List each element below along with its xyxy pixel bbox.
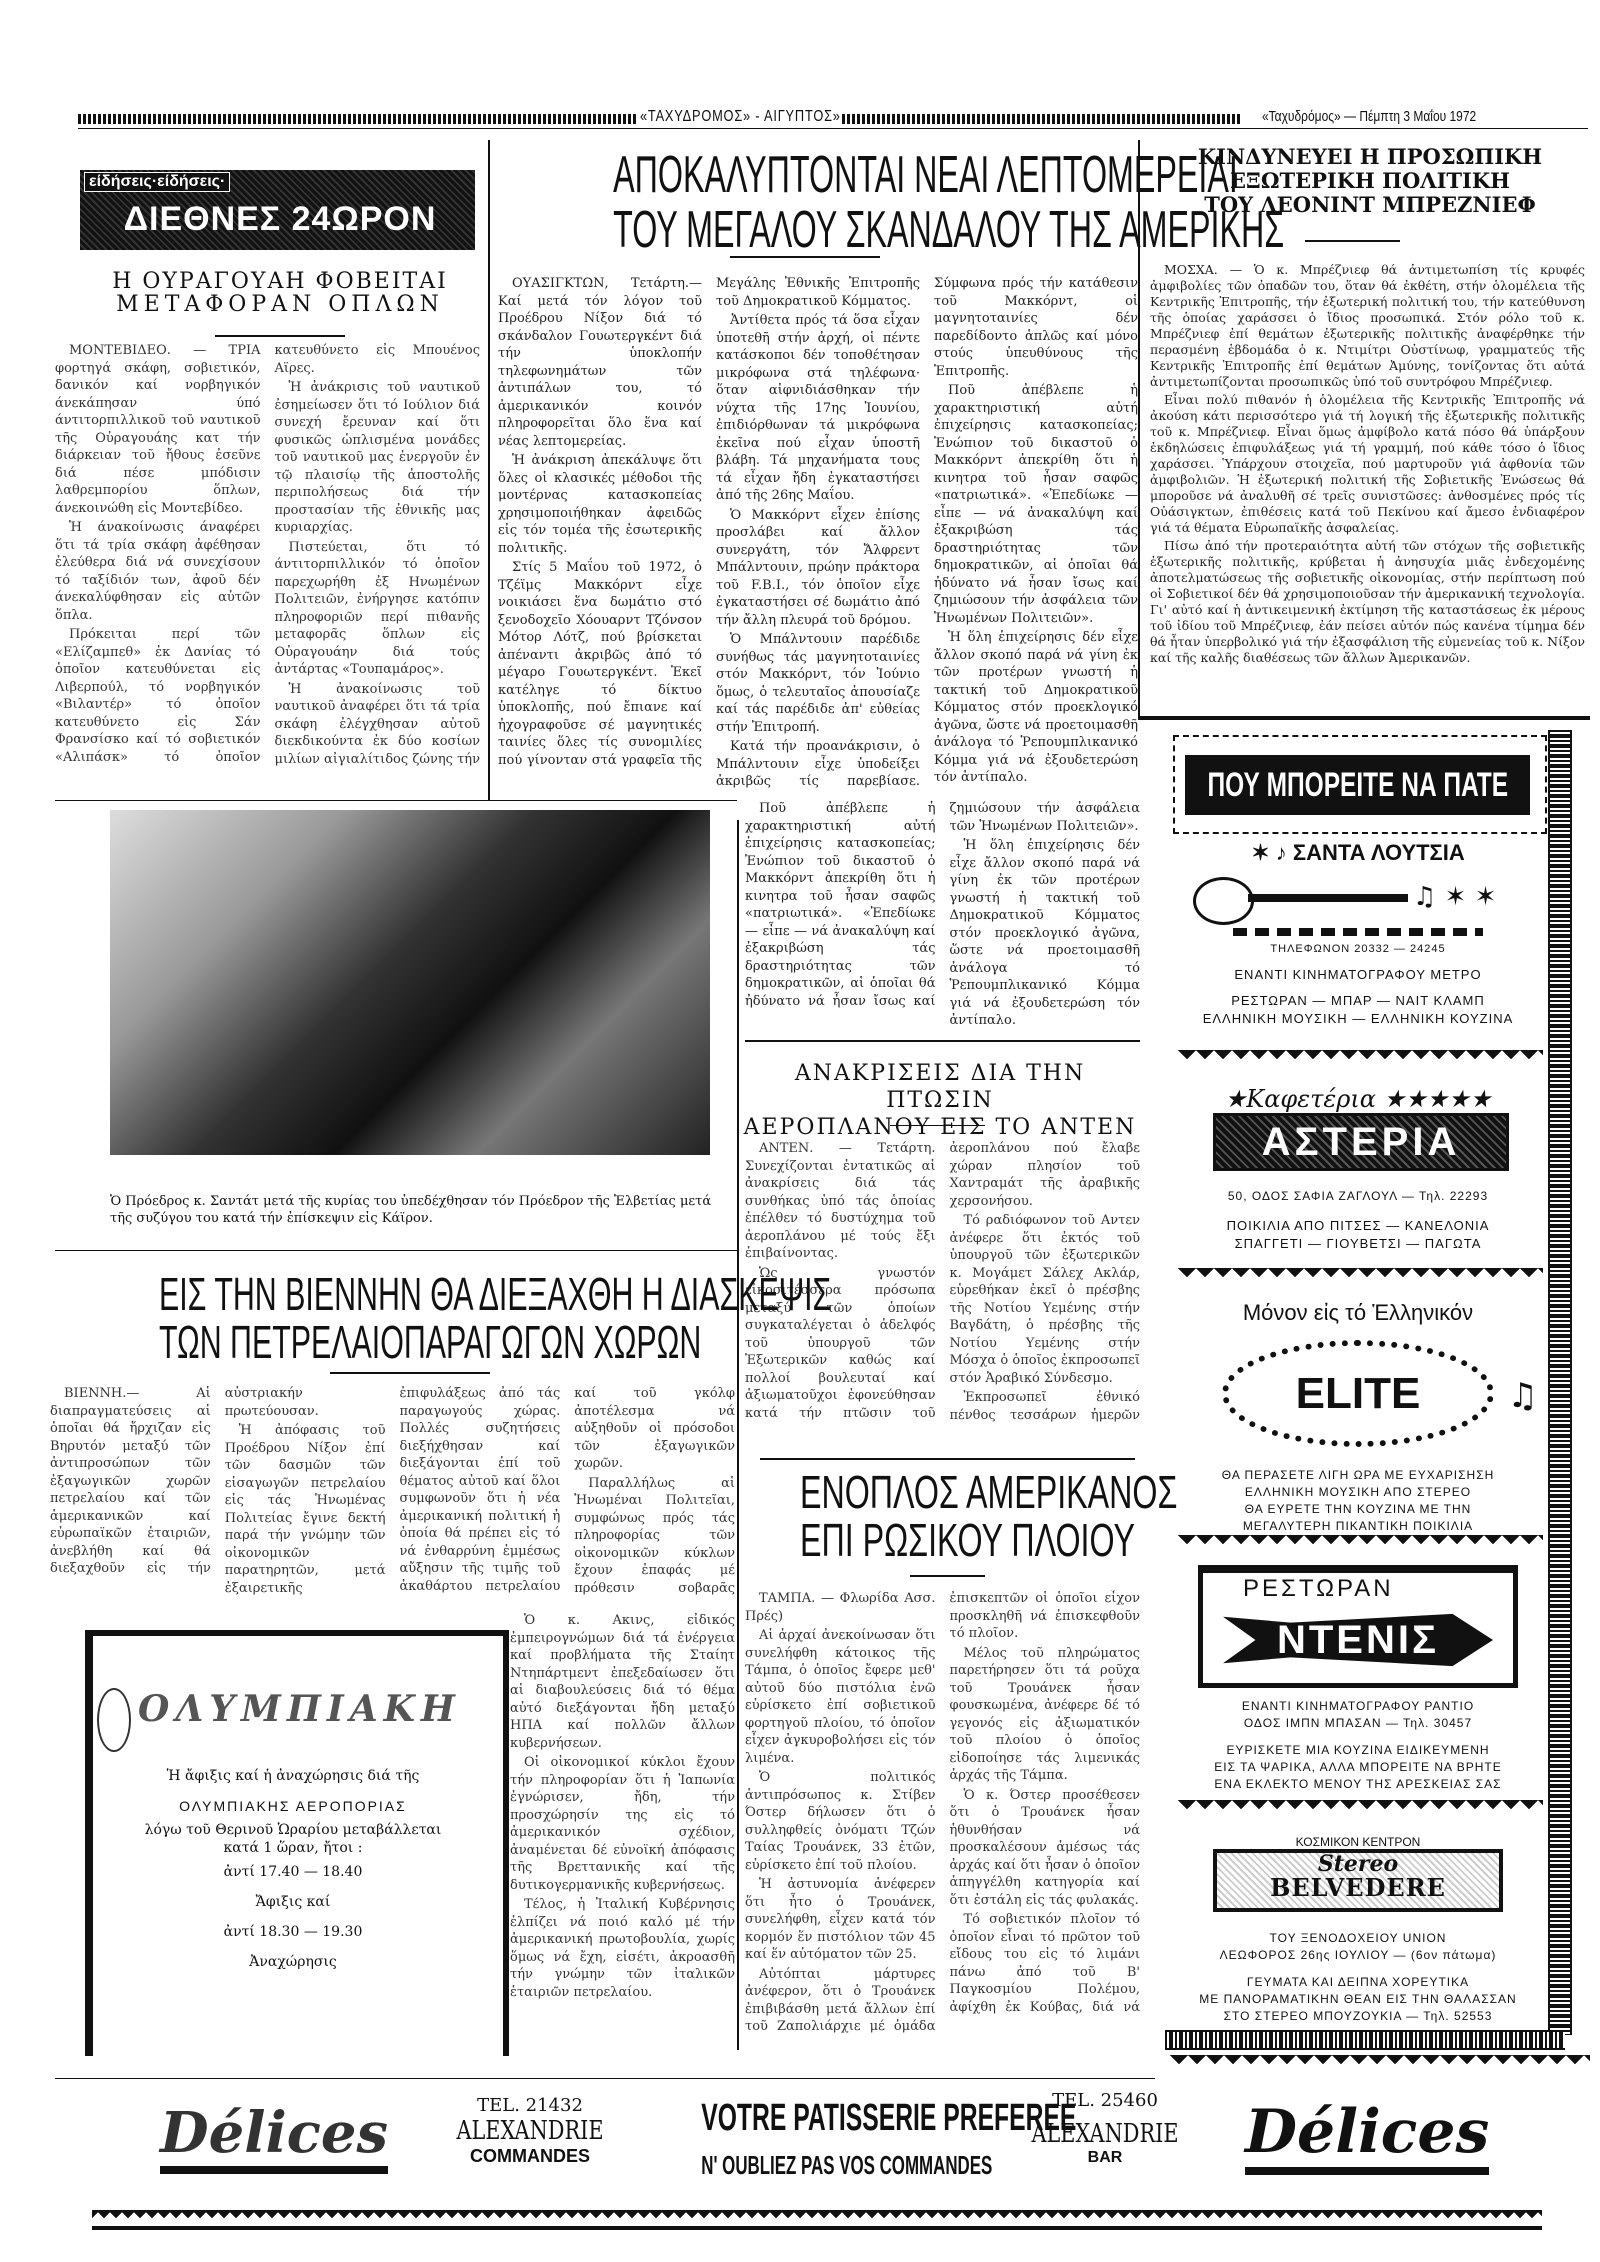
belvedere-script: Stereo (1217, 1853, 1499, 1875)
belvedere-name: BELVEDERE (1217, 1875, 1499, 1901)
photo-caption: Ὁ Πρόεδρος κ. Σαντάτ μετά τῆς κυρίας του… (110, 1193, 720, 1227)
asteria-address: 50, ΟΔΟΣ ΣΑΦΙΑ ΖΑΓΛΟΥΛ — Τηλ. 22293 (1173, 1187, 1543, 1205)
divider (330, 1372, 490, 1374)
left-sub: COMMANDES (420, 2146, 640, 2167)
delices-logo-left: Délices (160, 2100, 388, 2174)
meander-border (1548, 730, 1572, 2035)
divider (730, 256, 880, 258)
masthead-date: «Ταχυδρόμος» — Πέμπτη 3 Μαΐου 1972 (1262, 108, 1476, 125)
elite-name: ELITE (1296, 1369, 1421, 1419)
right-sub: BAR (995, 2149, 1215, 2167)
right-city: ALEXANDRIE (1017, 2119, 1193, 2149)
dennis-frame: ΡΕΣΤΩΡΑΝ ΝΤΕΝΙΣ (1198, 1565, 1518, 1688)
where-to-go-banner: ΠΟΥ ΜΠΟΡΕΙΤΕ ΝΑ ΠΑΤΕ (1185, 755, 1530, 815)
zigzag-divider (1178, 1268, 1543, 1286)
headline-line: ΕΙΣ ΤΗΝ ΒΙΕΝΝΗΝ ΘΑ ΔΙΕΞΑΧΘΗ Η ΔΙΑΣΚΕΨΙΣ (159, 1270, 621, 1318)
elite-line: ΕΛΛΗΝΙΚΗ ΜΟΥΣΙΚΗ ΑΠΟ ΣΤΕΡΕΟ (1173, 1484, 1543, 1501)
olympic-time: ἀντί 17.40 — 18.40 (93, 1857, 493, 1887)
masthead-rule-right (842, 114, 1242, 124)
zigzag-divider (1178, 1535, 1543, 1553)
dennis-line: ΕΙΣ ΤΑ ΨΑΡΙΚΑ, ΑΛΛΑ ΜΠΟΡΕΙΤΕ ΝΑ ΒΡΗΤΕ (1173, 1759, 1543, 1776)
olympic-line: κατά 1 ὥραν, ἤτοι : (93, 1839, 493, 1857)
ad-where-to-go: ΠΟΥ ΜΠΟΡΕΙΤΕ ΝΑ ΠΑΤΕ (1173, 735, 1547, 834)
olympic-line: λόγω τοῦ Θερινοῦ Ὡραρίου μεταβάλλεται (93, 1821, 493, 1839)
delices-logo-right: Délices (1245, 2097, 1489, 2175)
article-body: ΟΥΑΣΙΓΚΤΩΝ, Τετάρτη.— Καί μετά τόν λόγον… (498, 275, 1138, 795)
asteria-script: ★Καφετέρια ★★★★★ (1173, 1085, 1543, 1113)
zigzag-divider (1170, 2055, 1590, 2073)
article-body: ΜΟΣΧΑ. — Ὁ κ. Μπρέζνιεφ θά ἀντιμετωπίση … (1150, 262, 1585, 712)
left-city: ALEXANDRIE (442, 2116, 618, 2146)
fish-shape: ΝΤΕΝΙΣ (1223, 1611, 1493, 1669)
banner-big-text: ΔΙΕΘΝΕΣ 24ΩΡΟΝ (100, 200, 460, 239)
dennis-line: ΟΔΟΣ ΙΜΠΝ ΜΠΑΣΑΝ — Τηλ. 30457 (1173, 1715, 1543, 1732)
headline-line: Η ΟΥΡΑΓΟΥΑΗ ΦΟΒΕΙΤΑΙ (80, 270, 480, 293)
dennis-name: ΝΤΕΝΙΣ (1277, 1618, 1439, 1663)
ad-olympic-airways: ΟΛΥΜΠΙΑΚΗ Ἡ ἄφιξις καί ἡ ἀναχώρησις διά … (85, 1630, 509, 2056)
headline-line: ΤΟΥ ΜΕΓΑΛΟΥ ΣΚΑΝΔΑΛΟΥ ΤΗΣ ΑΜΕΡΙΚΗΣ (613, 203, 1015, 258)
headline-line: ΑΠΟΚΑΛΥΠΤΟΝΤΑΙ ΝΕΑΙ ΛΕΠΤΟΜΕΡΕΙΑΙ (613, 148, 1015, 203)
belvedere-line: ΓΕΥΜΑΤΑ ΚΑΙ ΔΕΙΠΝΑ ΧΟΡΕΥΤΙΚΑ (1173, 1974, 1543, 1991)
banner-small-text: είδήσεις·είδήσεις· (84, 172, 230, 192)
zigzag-divider (1178, 1050, 1543, 1068)
delices-right-block: TEL. 25460 ALEXANDRIE BAR (995, 2090, 1215, 2167)
elite-line: ΜΕΓΑΛΥΤΕΡΗ ΠΙΚΑΝΤΙΚΗ ΠΟΙΚΙΛΙΑ (1173, 1518, 1543, 1535)
elite-line: ΘΑ ΕΥΡΕΤΕ ΤΗΝ ΚΟΥΖΙΝΑ ΜΕ ΤΗΝ (1173, 1501, 1543, 1518)
center-subline: N' OUBLIEZ PAS VOS COMMANDES (701, 2150, 929, 2181)
olympic-line: Ἡ ἄφιξις καί ἡ ἀναχώρησις διά τῆς (93, 1761, 493, 1791)
divider (890, 1125, 985, 1126)
olympic-rings-icon (97, 1688, 131, 1752)
divider (55, 1250, 737, 1251)
article-body-continued: Ὁ κ. Ακινς, εἰδικός ἐμπειρογνώμων διά τά… (510, 1612, 735, 2052)
dennis-line: ΕΝΑΝΤΙ ΚΙΝΗΜΑΤΟΓΡΑΦΟΥ ΡΑΝΤΙΟ (1173, 1698, 1543, 1715)
divider (1305, 240, 1400, 242)
headline-line: ΑΝΑΚΡΙΣΕΙΣ ΔΙΑ ΤΗΝ ΠΤΩΣΙΝ (740, 1060, 1140, 1114)
dennis-line: ΕΥΡΙΣΚΕΤΕ ΜΙΑ ΚΟΥΖΙΝΑ ΕΙΔΙΚΕΥΜΕΝΗ (1173, 1742, 1543, 1759)
asteria-line: ΠΟΙΚΙΛΙΑ ΑΠΟ ΠΙΤΣΕΣ — ΚΑΝΕΛΟΝΙΑ (1173, 1217, 1543, 1235)
headline-watergate: ΑΠΟΚΑΛΥΠΤΟΝΤΑΙ ΝΕΑΙ ΛΕΠΤΟΜΕΡΕΙΑΙ ΤΟΥ ΜΕΓ… (490, 148, 1138, 257)
headline-line: ΕΝΟΠΛΟΣ ΑΜΕΡΙΚΑΝΟΣ (800, 1468, 1080, 1516)
zigzag-divider (1178, 1800, 1543, 1818)
santa-location: ΕΝΑΝΤΙ ΚΙΝΗΜΑΤΟΓΡΑΦΟΥ ΜΕΤΡΟ (1173, 966, 1543, 984)
headline-line: ΜΕΤΑΦΟΡΑΝ ΟΠΛΩΝ (80, 293, 480, 316)
masthead-rule-left (78, 114, 638, 124)
worry-beads-icon: ELITE ♫ (1222, 1340, 1494, 1447)
dennis-label: ΡΕΣΤΩΡΑΝ (1243, 1575, 1394, 1603)
santa-line: ΡΕΣΤΩΡΑΝ — ΜΠΑΡ — ΝΑΙΤ ΚΛΑΜΠ (1173, 992, 1543, 1010)
headline-line: ΕΞΩΤΕΡΙΚΗ ΠΟΛΙΤΙΚΗ (1140, 169, 1600, 193)
elite-line: ΘΑ ΠΕΡΑΣΕΤΕ ΛΙΓΗ ΩΡΑ ΜΕ ΕΥΧΑΡΙΣΗΣΗ (1173, 1467, 1543, 1484)
delices-center-block: VOTRE PATISSERIE PREFEREE N' OUBLIEZ PAS… (640, 2097, 990, 2181)
bouzouki-icon: ♫ ✶ ✶ (1173, 872, 1543, 924)
santa-phone: ΤΗΛΕΦΩΝΟΝ 20332 — 24245 (1173, 940, 1543, 958)
column-rule-3 (737, 820, 739, 2050)
footer-border (92, 2210, 1542, 2230)
headline-line: ΚΙΝΔΥΝΕΥΕΙ Η ΠΡΟΣΩΠΙΚΗ (1140, 145, 1600, 169)
asteria-banner: ΑΣΤΕΡΙΑ (1213, 1113, 1509, 1171)
belvedere-line: ΜΕ ΠΑΝΟΡΑΜΑΤΙΚΗΝ ΘΕΑΝ ΕΙΣ ΤΗΝ ΘΑΛΑΣΣΑΝ (1173, 1991, 1543, 2008)
section-banner: είδήσεις·είδήσεις· ΔΙΕΘΝΕΣ 24ΩΡΟΝ (80, 170, 475, 250)
ad-belvedere: ΚΟΣΜΙΚΟΝ ΚΕΝΤΡΟΝ Stereo BELVEDERE ΤΟΥ ΞΕ… (1173, 1835, 1543, 2025)
headline-anten: ΑΝΑΚΡΙΣΕΙΣ ΔΙΑ ΤΗΝ ΠΤΩΣΙΝ ΑΕΡΟΠΛΑΝΟΥ ΕΙΣ… (740, 1060, 1140, 1141)
dennis-line: ΕΝΑ ΕΚΛΕΚΤΟ ΜΕΝΟΥ ΤΗΣ ΑΡΕΣΚΕΙΑΣ ΣΑΣ (1173, 1776, 1543, 1793)
santa-line: ΕΛΛΗΝΙΚΗ ΜΟΥΣΙΚΗ — ΕΛΛΗΝΙΚΗ ΚΟΥΖΙΝΑ (1173, 1010, 1543, 1028)
center-headline: VOTRE PATISSERIE PREFEREE (701, 2097, 929, 2140)
olympic-time: ἀντί 18.30 — 19.30 (93, 1917, 493, 1947)
music-note-icon: ♫ (1508, 1376, 1538, 1416)
asteria-name: ΑΣΤΕΡΙΑ (1262, 1120, 1461, 1165)
olympic-line: ΟΛΥΜΠΙΑΚΗΣ ΑΕΡΟΠΟΡΙΑΣ (93, 1791, 493, 1821)
photo-image (110, 810, 710, 1155)
headline-brezhnev: ΚΙΝΔΥΝΕΥΕΙ Η ΠΡΟΣΩΠΙΚΗ ΕΞΩΤΕΡΙΚΗ ΠΟΛΙΤΙΚ… (1140, 145, 1600, 217)
where-to-go-title: ΠΟΥ ΜΠΟΡΕΙΤΕ ΝΑ ΠΑΤΕ (1207, 766, 1508, 805)
ad-asteria: ★Καφετέρια ★★★★★ ΑΣΤΕΡΙΑ 50, ΟΔΟΣ ΣΑΦΙΑ … (1173, 1085, 1543, 1253)
belvedere-line: ΤΟΥ ΞΕΝΟΔΟΧΕΙΟΥ UNION (1173, 1930, 1543, 1947)
headline-line: ΤΩΝ ΠΕΤΡΕΛΑΙΟΠΑΡΑΓΩΓΩΝ ΧΩΡΩΝ (159, 1318, 621, 1366)
article-body-continued: Ποῦ ἀπέβλεπε ἡ χαρακτηριστική αὐτή ἐπιχε… (745, 800, 1140, 1035)
right-tel: TEL. 25460 (995, 2090, 1215, 2111)
olympic-label: Ἀναχώρησις (93, 1947, 493, 1977)
meander-border-bottom (1165, 2030, 1565, 2050)
olympic-label: Ἄφιξις καί (93, 1887, 493, 1917)
left-tel: TEL. 21432 (420, 2095, 640, 2116)
divider (910, 1575, 985, 1577)
headline-uruguay: Η ΟΥΡΑΓΟΥΑΗ ΦΟΒΕΙΤΑΙ ΜΕΤΑΦΟΡΑΝ ΟΠΛΩΝ (80, 270, 480, 316)
article-body: ΒΙΕΝΝΗ.— Αἱ διαπραγματεύσεις αἱ ὁποῖαι θ… (50, 1385, 735, 1610)
belvedere-line: ΛΕΩΦΟΡΟΣ 26ης ΙΟΥΛΙΟΥ — (6ον πάτωμα) (1173, 1947, 1543, 1964)
dash-row (1233, 928, 1483, 936)
asteria-line: ΣΠΑΓΓΕΤΙ — ΓΙΟΥΒΕΤΣΙ — ΠΑΓΩΤΑ (1173, 1235, 1543, 1253)
ad-delices: Délices TEL. 21432 ALEXANDRIE COMMANDES … (0, 2085, 1600, 2205)
belvedere-line: ΣΤΟ ΣΤΕΡΕΟ ΜΠΟΥΖΟΥΚΙΑ — Τηλ. 52553 (1173, 2008, 1543, 2025)
belvedere-banner: Stereo BELVEDERE (1213, 1849, 1503, 1912)
elite-intro: Μόνον εἰς τό Ἑλληνικόν (1173, 1300, 1543, 1326)
headline-vienna: ΕΙΣ ΤΗΝ ΒΙΕΝΝΗΝ ΘΑ ΔΙΕΞΑΧΘΗ Η ΔΙΑΣΚΕΨΙΣ … (40, 1270, 740, 1367)
delices-left-block: TEL. 21432 ALEXANDRIE COMMANDES (420, 2095, 640, 2167)
ad-dennis: ΡΕΣΤΩΡΑΝ ΝΤΕΝΙΣ ΕΝΑΝΤΙ ΚΙΝΗΜΑΤΟΓΡΑΦΟΥ ΡΑ… (1173, 1565, 1543, 1793)
article-body: ΜΟΝΤΕΒΙΔΕΟ. — ΤΡΙΑ φορτηγά σκάφη, σοβιετ… (55, 342, 480, 797)
divider (55, 2078, 1155, 2079)
olympic-logo: ΟΛΥΜΠΙΑΚΗ (138, 1688, 488, 1730)
ad-elite: Μόνον εἰς τό Ἑλληνικόν ELITE ♫ ΘΑ ΠΕΡΑΣΕ… (1173, 1300, 1543, 1535)
ad-santa-lucia: ✶ ♪ ΣΑΝΤΑ ΛΟΥΤΣΙΑ ♫ ✶ ✶ ΤΗΛΕΦΩΝΟΝ 20332 … (1173, 840, 1543, 1028)
divider (745, 1040, 1140, 1042)
masthead-title: «ΤΑΧΥΔΡΟΜΟΣ» - ΑΙΓΥΠΤΟΣ» (640, 108, 841, 126)
star-icon: ✶ ♪ (1251, 840, 1293, 865)
divider (215, 335, 345, 337)
divider (55, 800, 737, 801)
article-body: ΤΑΜΠΑ. — Φλωρίδα Ασσ. Πρές) Αἱ ἀρχαί ἀνε… (745, 1590, 1140, 2050)
headline-line: ΕΠΙ ΡΩΣΙΚΟΥ ΠΛΟΙΟΥ (800, 1516, 1080, 1564)
masthead-underline (78, 128, 1588, 129)
divider (1140, 716, 1590, 720)
headline-line: ΑΕΡΟΠΛΑΝΟΥ ΕΙΣ ΤΟ ΑΝΤΕΝ (740, 1114, 1140, 1141)
headline-line: ΤΟΥ ΛΕΟΝΙΝΤ ΜΠΡΕΖΝΙΕΦ (1140, 193, 1600, 217)
santa-lucia-name: ✶ ♪ ΣΑΝΤΑ ΛΟΥΤΣΙΑ (1173, 840, 1543, 866)
headline-armed: ΕΝΟΠΛΟΣ ΑΜΕΡΙΚΑΝΟΣ ΕΠΙ ΡΩΣΙΚΟΥ ΠΛΟΙΟΥ (740, 1468, 1140, 1565)
divider (760, 1458, 1135, 1460)
belvedere-label: ΚΟΣΜΙΚΟΝ ΚΕΝΤΡΟΝ (1173, 1835, 1543, 1849)
